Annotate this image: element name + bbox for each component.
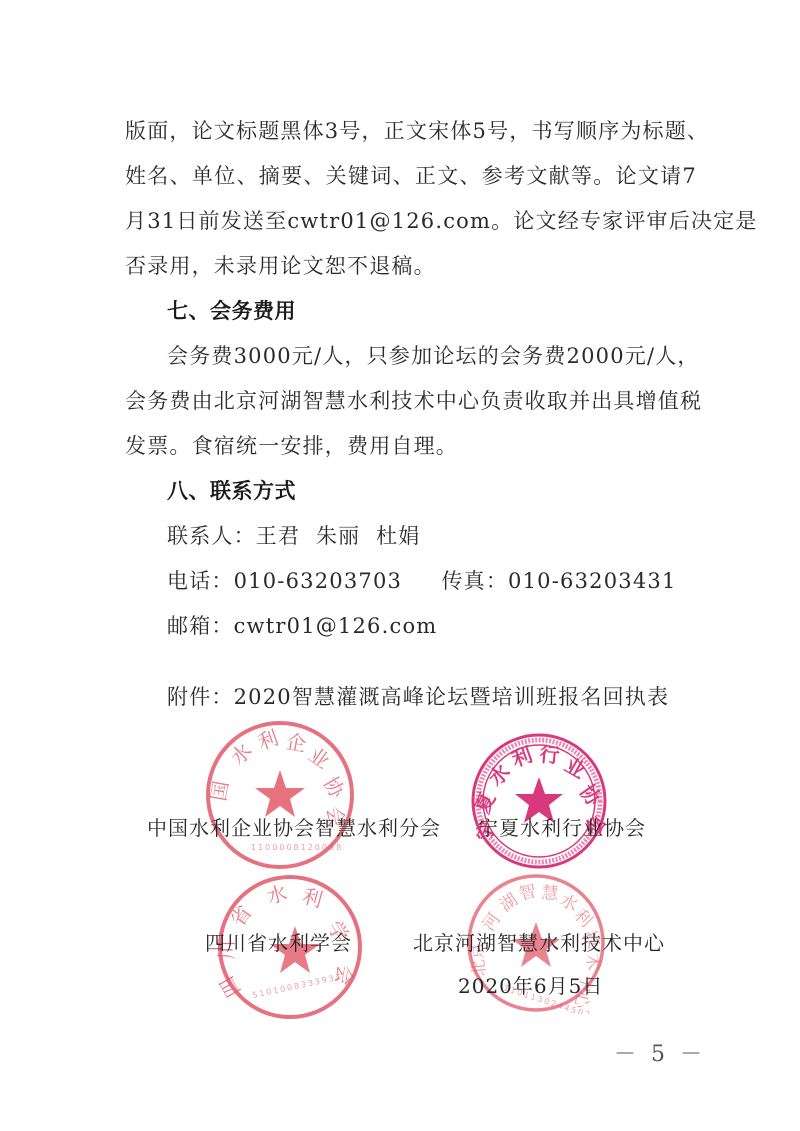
paragraph-line: 月31日前发送至cwtr01@126.com。论文经专家评审后决定是	[125, 207, 697, 235]
signatory-org: 中国水利企业协会智慧水利分会	[147, 815, 441, 841]
official-seal-icon: 宁 夏 水 利 行 业 协 会	[469, 731, 609, 871]
paragraph-line: 发票。食宿统一安排，费用自理。	[125, 432, 697, 460]
svg-text:利: 利	[509, 742, 536, 771]
svg-text:慧: 慧	[541, 883, 560, 904]
svg-text:利: 利	[255, 725, 282, 754]
svg-text:水: 水	[484, 759, 515, 790]
section-heading-contact: 八、联系方式	[167, 477, 697, 505]
document-page: 版面，论文标题黑体3号，正文宋体5号，书写顺序为标题、 姓名、单位、摘要、关键词…	[0, 0, 800, 1131]
svg-text:湖: 湖	[496, 890, 521, 916]
paragraph-line: 会务费3000元/人，只参加论坛的会务费2000元/人，	[167, 342, 697, 370]
svg-text:业: 业	[561, 753, 590, 784]
paragraph-line: 版面，论文标题黑体3号，正文宋体5号，书写顺序为标题、	[125, 117, 697, 145]
contact-email: 邮箱：cwtr01@126.com	[167, 612, 697, 640]
document-date: 2020年6月5日	[458, 973, 603, 999]
svg-text:协: 协	[319, 773, 350, 803]
signatory-org: 四川省水利学会	[205, 930, 352, 956]
signatory-org: 北京河湖智慧水利技术中心	[413, 930, 665, 956]
contact-persons: 联系人：王君 朱丽 杜娟	[167, 522, 697, 550]
official-seal-icon: 国 水 利 企 业 协 会 1100008120058	[203, 718, 357, 872]
svg-text:企: 企	[284, 729, 308, 756]
svg-text:省: 省	[225, 901, 256, 931]
signatory-org: 宁夏水利行业协会	[478, 815, 646, 841]
section-heading-fees: 七、会务费用	[167, 297, 697, 325]
svg-text:1100008120058: 1100008120058	[251, 843, 343, 852]
attachment-note: 附件：2020智慧灌溉高峰论坛暨培训班报名回执表	[167, 683, 697, 711]
paragraph-line: 会务费由北京河湖智慧水利技术中心负责收取并出具增值税	[125, 387, 697, 415]
page-number: － 5 －	[614, 1037, 706, 1068]
svg-text:业: 业	[304, 742, 334, 773]
svg-text:利: 利	[300, 884, 326, 912]
svg-text:5101008333937: 5101008333937	[252, 972, 344, 1000]
svg-text:智: 智	[517, 881, 539, 905]
contact-phone-fax: 电话：010-63203703 传真：010-63203431	[167, 567, 697, 595]
paragraph-line: 姓名、单位、摘要、关键词、正文、参考文献等。论文请7	[125, 162, 697, 190]
svg-text:国: 国	[206, 779, 233, 803]
svg-text:行: 行	[539, 742, 561, 768]
paragraph-line: 否录用，未录用论文恕不退稿。	[125, 252, 697, 280]
svg-text:水: 水	[264, 880, 290, 908]
